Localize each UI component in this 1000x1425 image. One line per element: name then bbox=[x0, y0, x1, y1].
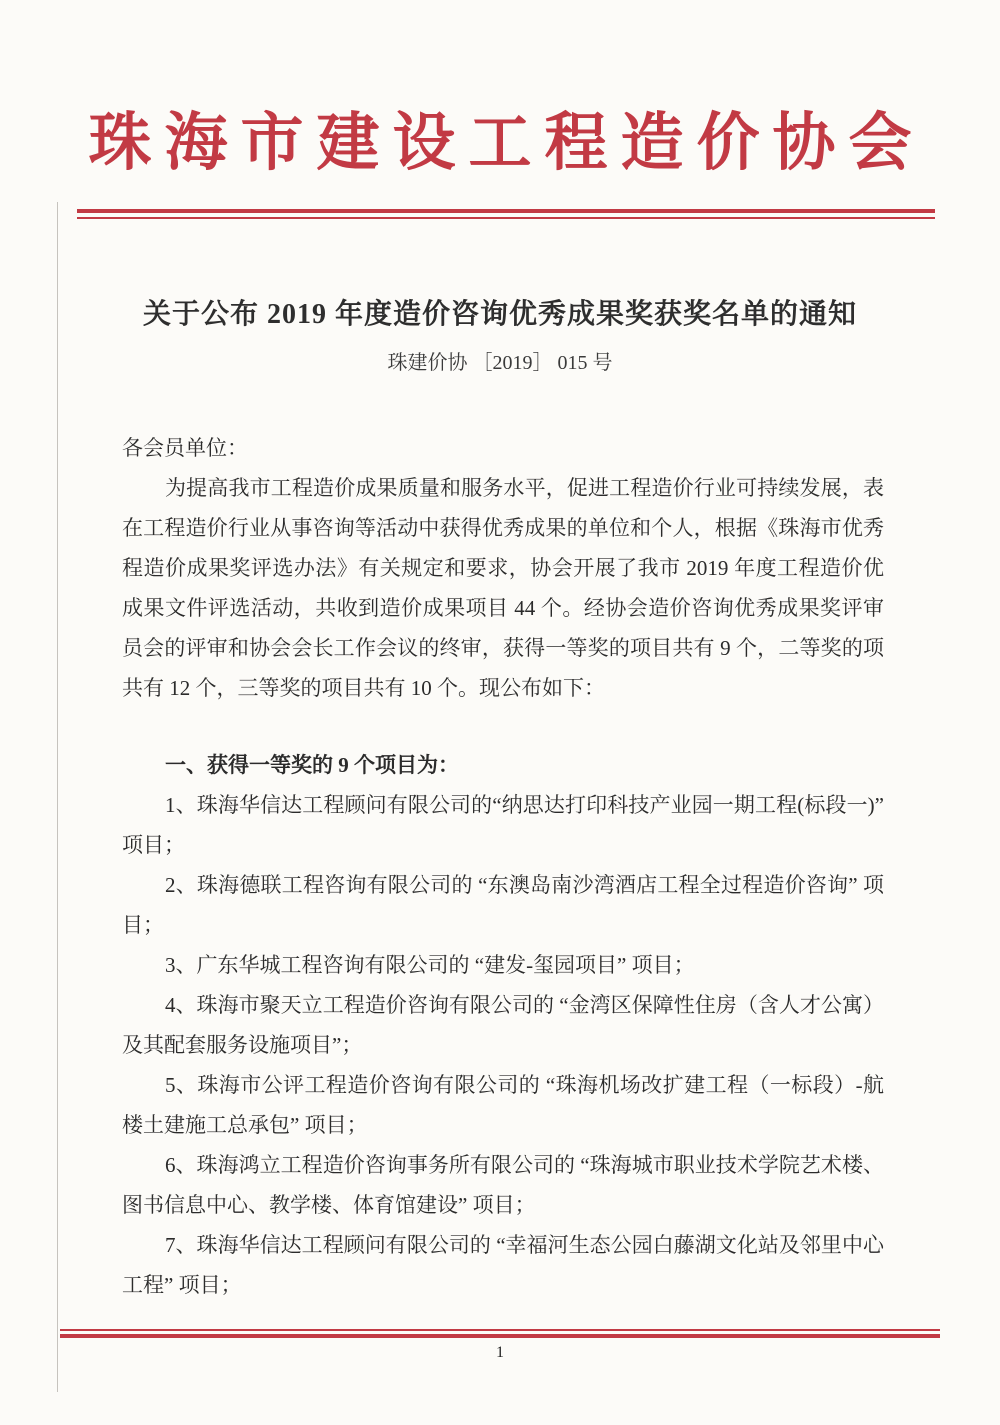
document-body: 各会员单位：为提高我市工程造价成果质量和服务水平，促进工程造价行业可持续发展，表… bbox=[122, 428, 884, 1305]
body-line: 7、珠海华信达工程顾问有限公司的 “幸福河生态公园白藤湖文化站及邻里中心 bbox=[122, 1225, 884, 1265]
page-number: 1 bbox=[0, 1344, 1000, 1362]
letterhead-title: 珠海市建设工程造价协会 bbox=[0, 92, 1000, 183]
body-line: 4、珠海市聚天立工程造价咨询有限公司的 “金湾区保障性住房（含人才公寓） bbox=[122, 985, 884, 1025]
body-line: 2、珠海德联工程咨询有限公司的 “东澳岛南沙湾酒店工程全过程造价咨询” 项 bbox=[122, 865, 884, 905]
body-line: 及其配套服务设施项目”； bbox=[122, 1025, 884, 1065]
body-line: 为提高我市工程造价成果质量和服务水平，促进工程造价行业可持续发展，表彰 bbox=[122, 468, 884, 508]
document-page: 珠海市建设工程造价协会 关于公布 2019 年度造价咨询优秀成果奖获奖名单的通知… bbox=[0, 0, 1000, 1425]
body-line: 员会的评审和协会会长工作会议的终审，获得一等奖的项目共有 9 个，二等奖的项目 bbox=[122, 628, 884, 668]
body-line: 共有 12 个，三等奖的项目共有 10 个。现公布如下： bbox=[122, 668, 884, 708]
body-line: 图书信息中心、教学楼、体育馆建设” 项目； bbox=[122, 1185, 884, 1225]
body-line: 目； bbox=[122, 905, 884, 945]
body-line: 5、珠海市公评工程造价咨询有限公司的 “珠海机场改扩建工程（一标段）-航站 bbox=[122, 1065, 884, 1105]
body-line: 各会员单位： bbox=[122, 428, 884, 468]
footer-divider bbox=[60, 1329, 940, 1338]
body-line: 1、珠海华信达工程顾问有限公司的“纳思达打印科技产业园一期工程(标段一)” bbox=[122, 785, 884, 825]
body-line: 程造价成果奖评选办法》有关规定和要求，协会开展了我市 2019 年度工程造价优秀 bbox=[122, 548, 884, 588]
body-line: 在工程造价行业从事咨询等活动中获得优秀成果的单位和个人，根据《珠海市优秀工 bbox=[122, 508, 884, 548]
body-line: 工程” 项目； bbox=[122, 1265, 884, 1305]
body-line: 楼土建施工总承包” 项目； bbox=[122, 1105, 884, 1145]
body-line: 3、广东华城工程咨询有限公司的 “建发-玺园项目” 项目； bbox=[122, 945, 884, 985]
body-line: 6、珠海鸿立工程造价咨询事务所有限公司的 “珠海城市职业技术学院艺术楼、 bbox=[122, 1145, 884, 1185]
notice-title: 关于公布 2019 年度造价咨询优秀成果奖获奖名单的通知 bbox=[0, 292, 1000, 332]
body-line: 项目； bbox=[122, 825, 884, 865]
paragraph-spacer bbox=[122, 708, 884, 745]
section-heading: 一、获得一等奖的 9 个项目为： bbox=[122, 745, 884, 785]
doc-number: 珠建价协 ［2019］ 015 号 bbox=[0, 346, 1000, 375]
scan-fold-line bbox=[57, 202, 58, 1392]
header-divider bbox=[77, 209, 935, 219]
body-line: 成果文件评选活动，共收到造价成果项目 44 个。经协会造价咨询优秀成果奖评审委 bbox=[122, 588, 884, 628]
